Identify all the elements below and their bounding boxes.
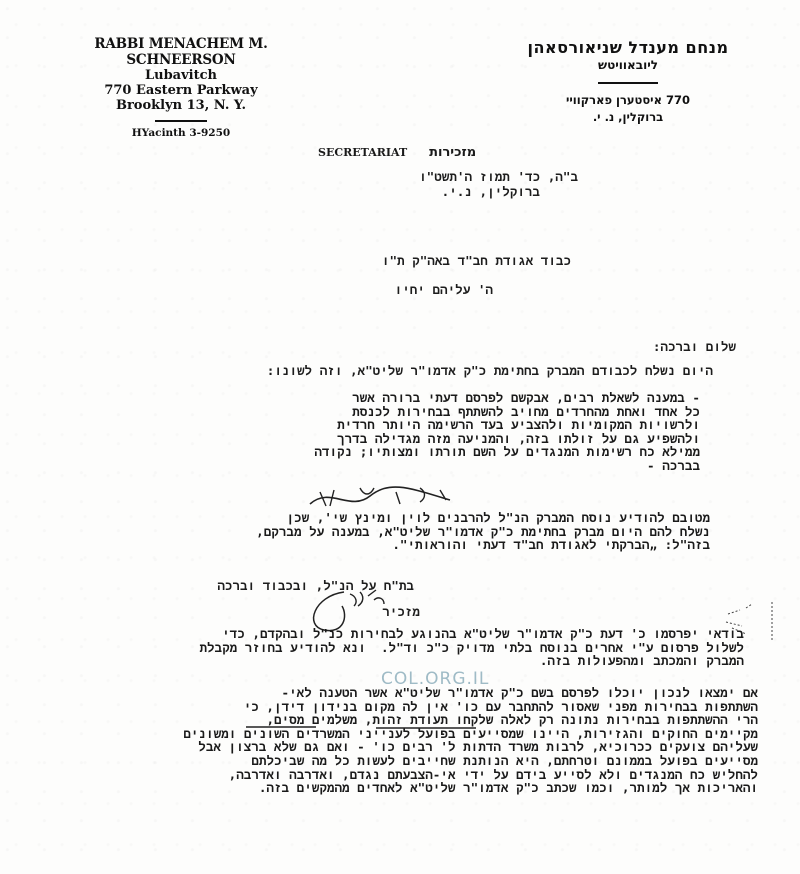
quote-line: בברכה - <box>240 459 700 473</box>
addressee-line-1: כבוד אגודת חב"ד באה"ק ת"ו <box>382 254 571 268</box>
letter-page: RABBI MENACHEM M. SCHNEERSON Lubavitch 7… <box>0 0 800 874</box>
greeting: שלום וברכה: <box>653 340 736 354</box>
secretariat-hebrew: מזכירות <box>429 145 476 160</box>
paragraph-line: להחליש כח המנגדים ולא לסייע בידם על ידי … <box>183 768 758 782</box>
sender-street-hebrew: 770 איסטערן פארקוויי <box>518 92 738 109</box>
paragraph-line: המברק והמכתב ומהפעולות בזה. <box>199 654 744 668</box>
paragraph-line: לשלול פרסום ע"י אחרים בנוסח בלתי מדויק כ… <box>199 641 744 655</box>
quote-line: - במענה לשאלת רבים, אבקשם לפרסם דעתי ברו… <box>240 391 700 405</box>
paragraph-line: בזה"ל: „הברקתי לאגודת חב"ד דעתי והוראותי… <box>256 538 710 552</box>
paragraph-line: מסייעים בפועל בממונם וטרחתם, היא הנותנת … <box>183 754 758 768</box>
sender-name-english: RABBI MENACHEM M. SCHNEERSON <box>58 36 304 68</box>
secretariat-heading: SECRETARIAT מזכירות <box>318 145 476 160</box>
secretariat-english: SECRETARIAT <box>318 146 407 159</box>
closing-line: בת"ח על הנ"ל, ובכבוד וברכה <box>217 579 414 593</box>
paragraph-telegram-notice: מטובם להודיע נוסח המברק הנ"ל להרבנים לוי… <box>256 511 710 552</box>
addressee-line-2: ה' עליהם יחיו <box>395 283 493 297</box>
paragraph-publication-request: בודאי יפרסמו כ' דעת כ"ק אדמו"ר שליט"א בה… <box>199 627 744 668</box>
paragraph-line: בודאי יפרסמו כ' דעת כ"ק אדמו"ר שליט"א בה… <box>199 627 744 641</box>
sender-org-hebrew: ליובאוויטש <box>518 58 738 72</box>
signoff-title: מזכיר <box>382 605 420 619</box>
letterhead-hebrew: מנחם מענדל שניאורסאהן ליובאוויטש 770 איס… <box>518 38 738 126</box>
letterhead-divider <box>155 120 207 122</box>
paragraph-line: הרי ההשתתפות בבחירות נתונה רק לאלה שלקחו… <box>183 713 758 727</box>
sender-city-hebrew: ברוקלין, נ. י. <box>518 109 738 126</box>
paragraph-line: אם ימצאו לנכון יוכלו לפרסם בשם כ"ק אדמו"… <box>183 686 758 700</box>
paragraph-line: השתתפות בבחירות מפני שאסור להתחבר עם כו'… <box>183 700 758 714</box>
paragraph-line: מקיימים החוקים והגזירות, היינו שמסייעים … <box>183 727 758 741</box>
quote-line: ולהשפיע גם על זולתו בזה, והמניעה מזה מגד… <box>240 432 700 446</box>
paragraph-line: והאריכות אך למותר, וכמו שכתב כ"ק אדמו"ר … <box>183 781 758 795</box>
date-line: ב"ה, כד' תמוז ה'תשט"ו <box>419 170 578 184</box>
paragraph-line: מטובם להודיע נוסח המברק הנ"ל להרבנים לוי… <box>256 511 710 525</box>
sender-street-english: 770 Eastern Parkway <box>58 83 304 98</box>
paragraph-line: נשלח להם היום מברק בחתימת כ"ק אדמו"ר שלי… <box>256 525 710 539</box>
intro-paragraph: היום נשלח לכבודם המברק בחתימת כ"ק אדמו"ר… <box>267 364 713 378</box>
paragraph-line: שעליהם צועקים ככרוכיא, לרבות משרד הדתות … <box>183 740 758 754</box>
sender-org-english: Lubavitch <box>58 68 304 83</box>
sender-name-hebrew: מנחם מענדל שניאורסאהן <box>518 38 738 57</box>
quote-line: ממילא כח רשימות המנגדים על השם תורתו ומצ… <box>240 445 700 459</box>
quote-line: כל אחד ואחת מהחרדים מחויב להשתתף בבחירות… <box>240 405 700 419</box>
sender-phone: HYacinth 3-9250 <box>58 127 304 139</box>
letterhead-english: RABBI MENACHEM M. SCHNEERSON Lubavitch 7… <box>58 36 304 139</box>
telegram-quote: - במענה לשאלת רבים, אבקשם לפרסם דעתי ברו… <box>240 391 700 473</box>
sender-city-english: Brooklyn 13, N. Y. <box>58 98 304 113</box>
letterhead-divider-hebrew <box>598 82 658 84</box>
place-line: ברוקלין, נ.י. <box>442 185 540 199</box>
quote-line: ולרשויות המקומיות ולהצביע בעד הרשימה היו… <box>240 418 700 432</box>
paragraph-participation-argument: אם ימצאו לנכון יוכלו לפרסם בשם כ"ק אדמו"… <box>183 686 758 795</box>
